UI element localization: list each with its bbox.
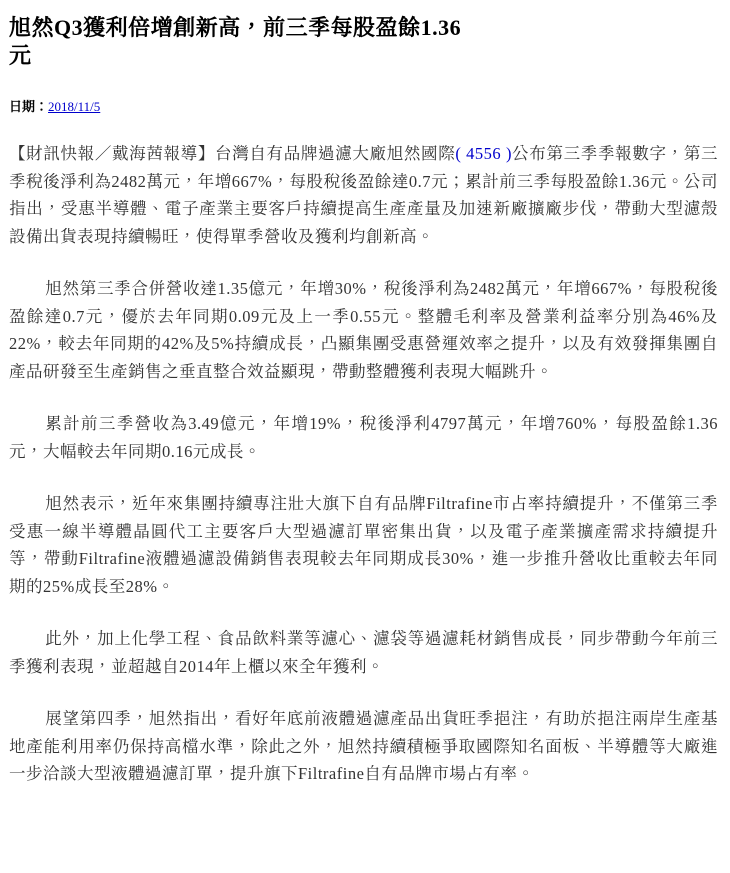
stock-code-link[interactable]: ( 4556 ) <box>455 144 512 163</box>
article-paragraph-5: 此外，加上化學工程、食品飲料業等濾心、濾袋等過濾耗材銷售成長，同步帶動今年前三季… <box>9 625 718 680</box>
article-paragraph-2: 旭然第三季合併營收達1.35億元，年增30%，稅後淨利為2482萬元，年增667… <box>9 275 718 385</box>
article-page: 旭然Q3獲利倍增創新高，前三季每股盈餘1.36元 日期：2018/11/5 【財… <box>0 0 730 808</box>
article-paragraph-4: 旭然表示，近年來集團持續專注壯大旗下自有品牌Filtrafine市占率持續提升，… <box>9 490 718 600</box>
date-row: 日期：2018/11/5 <box>9 96 718 115</box>
article-paragraph-1: 【財訊快報／戴海茜報導】台灣自有品牌過濾大廠旭然國際( 4556 )公布第三季季… <box>9 140 718 250</box>
paragraph-1-text-before: 【財訊快報／戴海茜報導】台灣自有品牌過濾大廠旭然國際 <box>9 144 455 163</box>
date-link[interactable]: 2018/11/5 <box>48 99 100 114</box>
date-label: 日期： <box>9 99 48 114</box>
page-title: 旭然Q3獲利倍增創新高，前三季每股盈餘1.36元 <box>9 14 471 70</box>
article-paragraph-3: 累計前三季營收為3.49億元，年增19%，稅後淨利4797萬元，年增760%，每… <box>9 410 718 465</box>
article-paragraph-6: 展望第四季，旭然指出，看好年底前液體過濾產品出貨旺季挹注，有助於挹注兩岸生產基地… <box>9 705 718 788</box>
